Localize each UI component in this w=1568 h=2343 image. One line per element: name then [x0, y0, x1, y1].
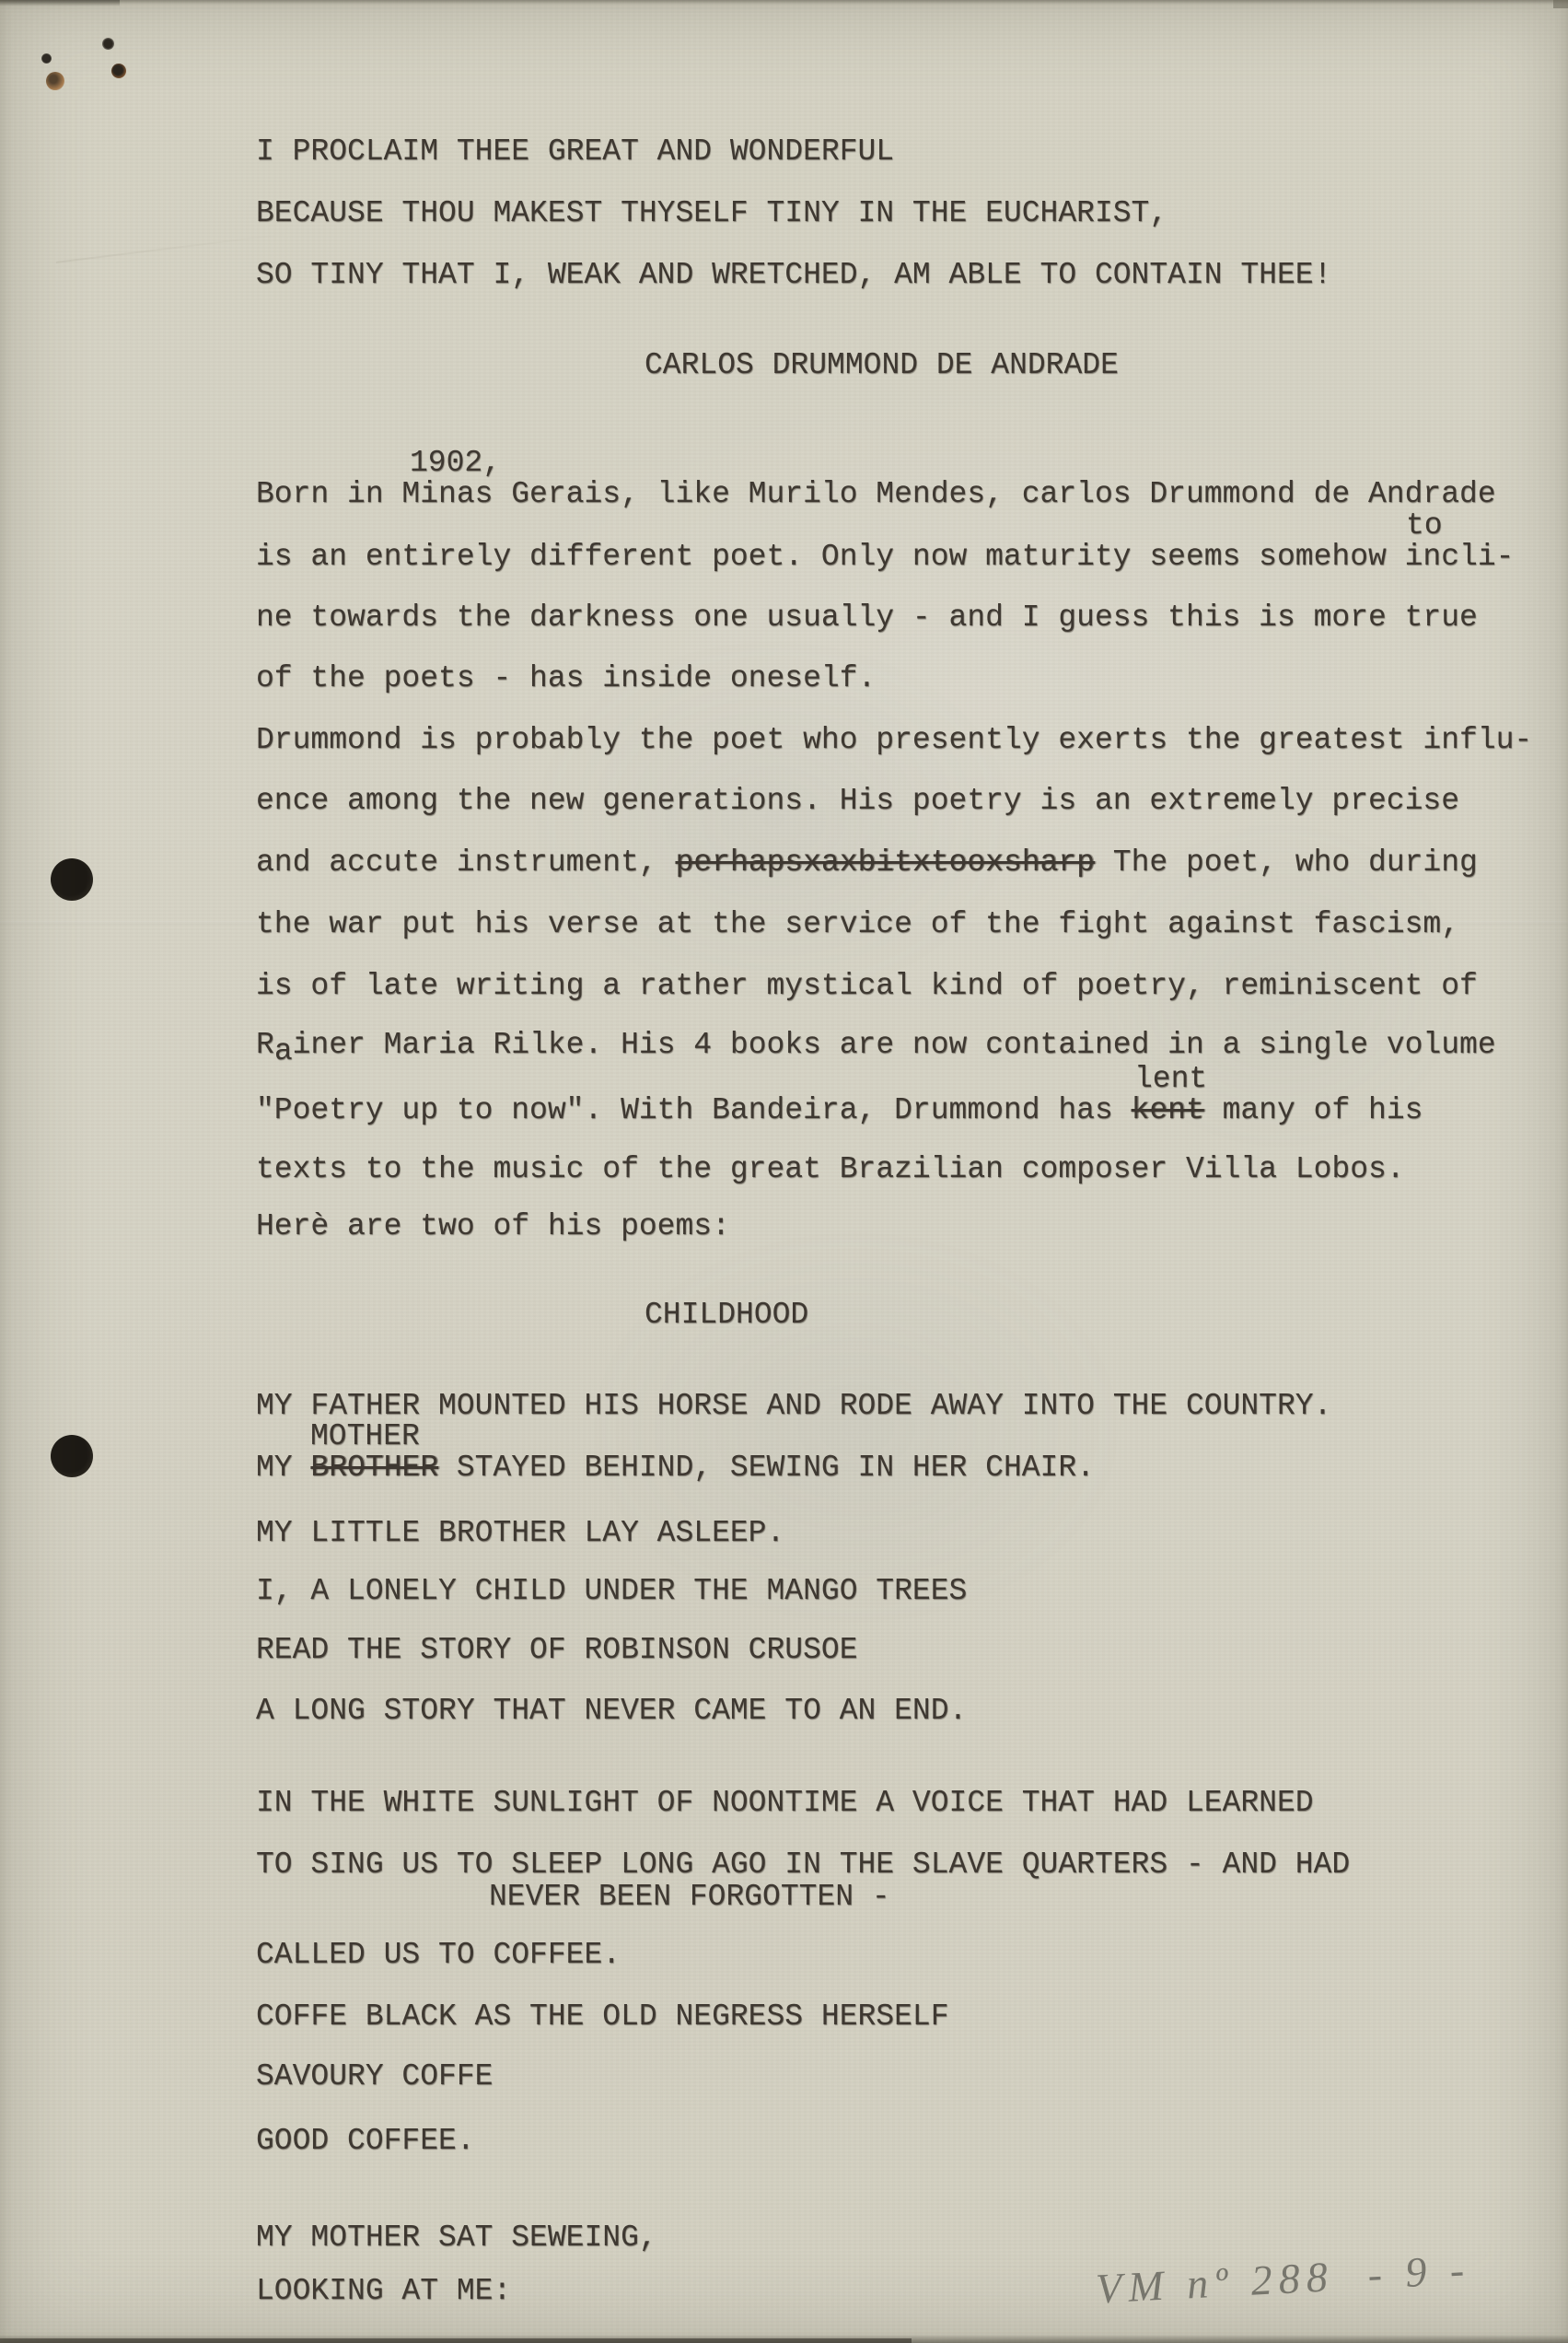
typed-line: SAVOURY COFFE [256, 2058, 493, 2095]
typed-line: MY MOTHER SAT SEWEING, [256, 2220, 657, 2256]
typed-line: MY LITTLE BROTHER LAY ASLEEP. [256, 1515, 784, 1552]
typed-text-segment: many of his [1204, 1093, 1423, 1127]
typed-line: SO TINY THAT I, WEAK AND WRETCHED, AM AB… [256, 257, 1331, 294]
typed-line: IN THE WHITE SUNLIGHT OF NOONTIME A VOIC… [256, 1785, 1314, 1822]
typed-line: CHILDHOOD [645, 1297, 808, 1334]
punch-hole [51, 858, 93, 901]
typed-line: Drummond is probably the poet who presen… [256, 722, 1532, 759]
typed-text-segment: The poet, who during [1095, 845, 1478, 880]
typed-line: NEVER BEEN FORGOTTEN - [489, 1879, 890, 1916]
typed-line: "Poetry up to now". With Bandeira, Drumm… [256, 1092, 1423, 1129]
typed-line: CARLOS DRUMMOND DE ANDRADE [645, 347, 1119, 384]
typed-line: Herè are two of his poems: [256, 1208, 730, 1245]
punch-hole [51, 1435, 93, 1477]
typed-text-segment: "Poetry up to now". With Bandeira, Drumm… [256, 1093, 1132, 1127]
typed-line: Rainer Maria Rilke. His 4 books are now … [256, 1027, 1496, 1064]
scan-edge [0, 0, 1568, 5]
typed-line: CALLED US TO COFFEE. [256, 1937, 621, 1974]
typed-text-segment: STAYED BEHIND, SEWING IN HER CHAIR. [438, 1451, 1095, 1485]
staple-mark [41, 53, 52, 64]
typed-line: GOOD COFFEE. [256, 2123, 475, 2160]
typed-line: BECAUSE THOU MAKEST THYSELF TINY IN THE … [256, 195, 1167, 232]
typed-line: ne towards the darkness one usually - an… [256, 600, 1478, 636]
typed-line: and accute instrument, perhapsxaxbitxtoo… [256, 845, 1478, 881]
typed-line: of the poets - has inside oneself. [256, 660, 876, 697]
scan-edge [1553, 0, 1568, 8]
typed-text-segment: iner Maria Rilke. His 4 books are now co… [293, 1028, 1496, 1062]
typed-text-segment: and accute instrument, [256, 845, 675, 880]
struck-out-text: kent [1132, 1093, 1204, 1127]
typed-line: is of late writing a rather mystical kin… [256, 968, 1478, 1005]
typed-line: A LONG STORY THAT NEVER CAME TO AN END. [256, 1693, 967, 1730]
typed-line: texts to the music of the great Brazilia… [256, 1151, 1405, 1188]
struck-out-text: perhapsxaxbitxtooxsharp [675, 845, 1094, 880]
typed-text-segment: R [256, 1028, 274, 1062]
typescript-page: I PROCLAIM THEE GREAT AND WONDERFULBECAU… [0, 0, 1568, 2343]
struck-out-text: BROTHER [310, 1451, 438, 1485]
typed-line: the war put his verse at the service of … [256, 906, 1459, 943]
typed-line: ence among the new generations. His poet… [256, 783, 1459, 820]
typed-line: Born in Minas Gerais, like Murilo Mendes… [256, 476, 1496, 513]
rust-mark [111, 64, 126, 78]
typed-line: I PROCLAIM THEE GREAT AND WONDERFUL [256, 134, 894, 170]
typed-text-segment: MY [256, 1451, 310, 1485]
typed-line: is an entirely different poet. Only now … [256, 539, 1514, 576]
typed-line: LOOKING AT ME: [256, 2273, 511, 2310]
typed-line: COFFE BLACK AS THE OLD NEGRESS HERSELF [256, 1999, 949, 2035]
typed-line: READ THE STORY OF ROBINSON CRUSOE [256, 1632, 858, 1669]
typed-line: I, A LONELY CHILD UNDER THE MANGO TREES [256, 1573, 967, 1610]
typed-line: MY BROTHER STAYED BEHIND, SEWING IN HER … [256, 1450, 1095, 1486]
handwritten-annotation: VM nº 288 - 9 - [1095, 2244, 1472, 2313]
typed-text-segment: a [274, 1034, 293, 1068]
typed-line: TO SING US TO SLEEP LONG AGO IN THE SLAV… [256, 1847, 1350, 1883]
rust-mark [46, 72, 64, 90]
scan-edge [0, 0, 120, 6]
scan-edge [0, 2338, 912, 2343]
staple-mark [102, 38, 114, 50]
